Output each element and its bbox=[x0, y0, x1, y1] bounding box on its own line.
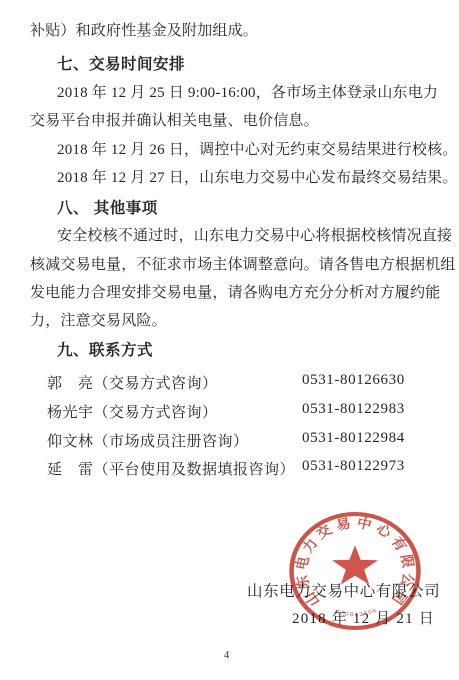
contact-role: （市场成员注册咨询） bbox=[94, 434, 249, 450]
contact-name-role: 延 雷（平台使用及数据填报咨询） bbox=[47, 458, 295, 479]
star-icon bbox=[332, 545, 378, 584]
section7-paragraph1-line2: 交易平台申报并确认相关电量、电价信息。 bbox=[30, 113, 319, 130]
contact-row: 郭 亮（交易方式咨询） 0531-80126630 bbox=[0, 372, 459, 392]
seal-code-textpath: 370812308 bbox=[335, 608, 379, 618]
contact-name-role: 仰文林（市场成员注册咨询） bbox=[47, 430, 249, 451]
contact-name: 杨光宇 bbox=[47, 405, 94, 421]
contact-name: 郭 亮 bbox=[47, 376, 94, 392]
contact-phone: 0531-80122984 bbox=[302, 430, 405, 447]
document-page: 补贴）和政府性基金及附加组成。 七、交易时间安排 2018 年 12 月 25 … bbox=[0, 0, 459, 680]
paragraph-tail: 补贴）和政府性基金及附加组成。 bbox=[30, 23, 258, 40]
contact-phone: 0531-80122973 bbox=[302, 458, 405, 475]
contact-row: 延 雷（平台使用及数据填报咨询） 0531-80122973 bbox=[0, 458, 459, 478]
page-number: 4 bbox=[224, 650, 229, 661]
section8-paragraph-line1: 安全校核不通过时，山东电力交易中心将根据校核情况直接 bbox=[57, 228, 452, 245]
section8-heading: 八、 其他事项 bbox=[57, 200, 158, 217]
contact-phone: 0531-80126630 bbox=[302, 372, 405, 389]
contact-name: 延 雷 bbox=[47, 462, 94, 478]
contact-role: （交易方式咨询） bbox=[94, 376, 218, 392]
contact-role: （交易方式咨询） bbox=[94, 405, 218, 421]
contact-name: 仰文林 bbox=[47, 434, 94, 450]
contact-name-role: 杨光宇（交易方式咨询） bbox=[47, 401, 218, 422]
contact-role: （平台使用及数据填报咨询） bbox=[94, 462, 296, 478]
section8-paragraph-line3: 发电能力合理安排交易电量，请各购电方充分分析对方履约能 bbox=[30, 285, 440, 302]
contact-row: 杨光宇（交易方式咨询） 0531-80122983 bbox=[0, 401, 459, 421]
section7-paragraph2: 2018 年 12 月 26 日，调控中心对无约束交易结果进行校核。 bbox=[57, 142, 458, 159]
contact-row: 仰文林（市场成员注册咨询） 0531-80122984 bbox=[0, 430, 459, 450]
company-seal: 山东电力交易中心有限公司 370812308 bbox=[287, 510, 423, 632]
section7-paragraph1-line1: 2018 年 12 月 25 日 9:00-16:00，各市场主体登录山东电力 bbox=[57, 85, 438, 102]
contact-phone: 0531-80122983 bbox=[302, 401, 405, 418]
section9-heading: 九、联系方式 bbox=[57, 342, 153, 359]
section8-paragraph-line2: 核减交易电量，不征求市场主体调整意向。请各售电方根据机组 bbox=[30, 257, 456, 274]
contact-name-role: 郭 亮（交易方式咨询） bbox=[47, 372, 218, 393]
section8-paragraph-line4: 力，注意交易风险。 bbox=[30, 313, 167, 330]
section7-heading: 七、交易时间安排 bbox=[57, 56, 185, 73]
seal-code-text: 370812308 bbox=[335, 608, 379, 618]
section7-paragraph3: 2018 年 12 月 27 日，山东电力交易中心发布最终交易结果。 bbox=[57, 170, 458, 187]
